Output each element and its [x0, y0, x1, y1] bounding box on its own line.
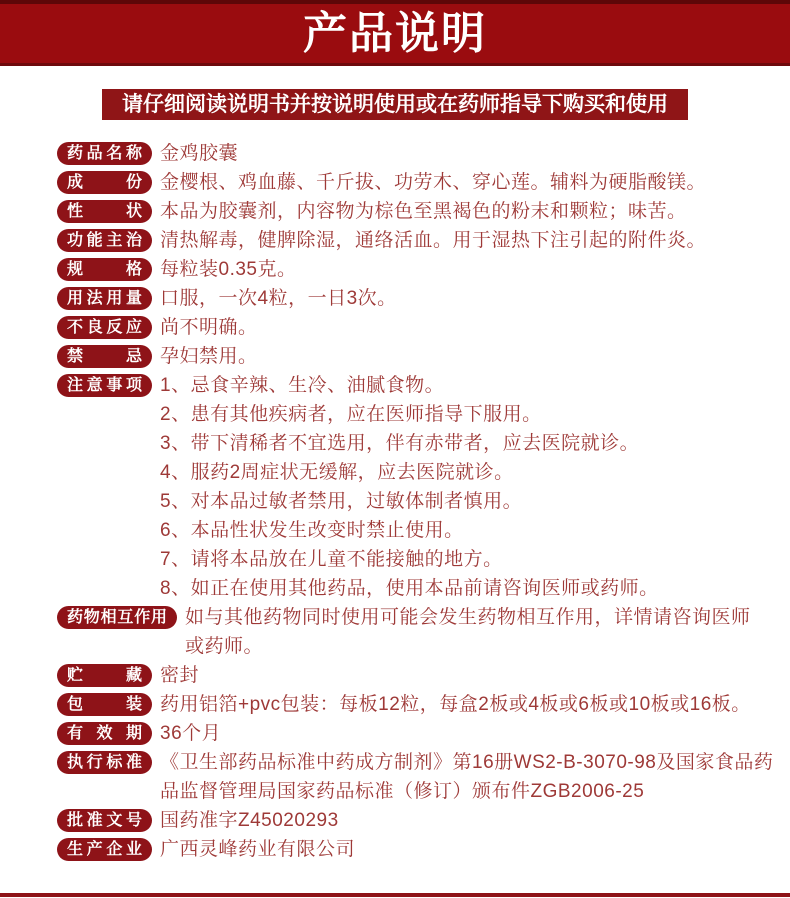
- field-value: 每粒装0.35克。: [160, 255, 296, 284]
- spec-row: 执行标准 《卫生部药品标准中药成方制剂》第16册WS2-B-3070-98及国家…: [57, 748, 780, 806]
- spec-row: 药物相互作用 如与其他药物同时使用可能会发生药物相互作用，详情请咨询医师 或药师…: [57, 603, 780, 661]
- field-value: 本品为胶囊剂，内容物为棕色至黑褐色的粉末和颗粒；味苦。: [160, 197, 687, 226]
- spec-row: 药品名称 金鸡胶囊: [57, 139, 780, 168]
- field-label-badge: 包 装: [57, 693, 152, 716]
- spec-row: 批准文号 国药准字Z45020293: [57, 806, 780, 835]
- field-label-badge: 不良反应: [57, 316, 152, 339]
- field-label-badge: 性 状: [57, 200, 152, 223]
- field-label-badge: 执行标准: [57, 751, 152, 774]
- spec-row: 有 效 期 36个月: [57, 719, 780, 748]
- spec-row: 用法用量 口服，一次4粒，一日3次。: [57, 284, 780, 313]
- spec-row: 包 装 药用铝箔+pvc包装：每板12粒，每盒2板或4板或6板或10板或16板。: [57, 690, 780, 719]
- product-description-page: 产品说明 请仔细阅读说明书并按说明使用或在药师指导下购买和使用 药品名称 金鸡胶…: [0, 0, 790, 898]
- spec-row: 规 格 每粒装0.35克。: [57, 255, 780, 284]
- field-label-badge: 批准文号: [57, 809, 152, 832]
- field-label-badge: 功能主治: [57, 229, 152, 252]
- field-label-badge: 生产企业: [57, 838, 152, 861]
- spec-list: 药品名称 金鸡胶囊 成 份 金樱根、鸡血藤、千斤拔、功劳木、穿心莲。辅料为硬脂酸…: [0, 120, 790, 864]
- field-value: 清热解毒，健脾除湿，通络活血。用于湿热下注引起的附件炎。: [160, 226, 706, 255]
- field-label-badge: 注意事项: [57, 374, 152, 397]
- field-value: 国药准字Z45020293: [160, 806, 339, 835]
- field-value: 金鸡胶囊: [160, 139, 238, 168]
- spec-row: 功能主治 清热解毒，健脾除湿，通络活血。用于湿热下注引起的附件炎。: [57, 226, 780, 255]
- field-label-badge: 用法用量: [57, 287, 152, 310]
- field-value: 药用铝箔+pvc包装：每板12粒，每盒2板或4板或6板或10板或16板。: [160, 690, 751, 719]
- field-value: 36个月: [160, 719, 221, 748]
- field-label-badge: 贮 藏: [57, 664, 152, 687]
- field-value: 1、忌食辛辣、生冷、油腻食物。 2、患有其他疾病者，应在医师指导下服用。 3、带…: [160, 371, 659, 603]
- spec-row: 成 份 金樱根、鸡血藤、千斤拔、功劳木、穿心莲。辅料为硬脂酸镁。: [57, 168, 780, 197]
- spec-row: 贮 藏 密封: [57, 661, 780, 690]
- field-value: 密封: [160, 661, 199, 690]
- field-value: 尚不明确。: [160, 313, 258, 342]
- field-value: 口服，一次4粒，一日3次。: [160, 284, 397, 313]
- field-label-badge: 药品名称: [57, 142, 152, 165]
- spec-row: 不良反应 尚不明确。: [57, 313, 780, 342]
- spec-row: 注意事项 1、忌食辛辣、生冷、油腻食物。 2、患有其他疾病者，应在医师指导下服用…: [57, 371, 780, 603]
- field-value: 广西灵峰药业有限公司: [160, 835, 355, 864]
- spec-row: 生产企业 广西灵峰药业有限公司: [57, 835, 780, 864]
- field-label-badge: 药物相互作用: [57, 606, 177, 629]
- page-title: 产品说明: [303, 12, 487, 56]
- read-instructions-notice: 请仔细阅读说明书并按说明使用或在药师指导下购买和使用: [102, 89, 688, 120]
- field-label-badge: 有 效 期: [57, 722, 152, 745]
- field-label-badge: 规 格: [57, 258, 152, 281]
- field-value: 金樱根、鸡血藤、千斤拔、功劳木、穿心莲。辅料为硬脂酸镁。: [160, 168, 706, 197]
- field-value: 《卫生部药品标准中药成方制剂》第16册WS2-B-3070-98及国家食品药 品…: [160, 748, 773, 806]
- page-header-banner: 产品说明: [0, 0, 790, 66]
- field-value: 孕妇禁用。: [160, 342, 258, 371]
- field-label-badge: 禁 忌: [57, 345, 152, 368]
- bottom-divider: [0, 893, 790, 897]
- spec-row: 禁 忌 孕妇禁用。: [57, 342, 780, 371]
- spec-row: 性 状 本品为胶囊剂，内容物为棕色至黑褐色的粉末和颗粒；味苦。: [57, 197, 780, 226]
- field-label-badge: 成 份: [57, 171, 152, 194]
- field-value: 如与其他药物同时使用可能会发生药物相互作用，详情请咨询医师 或药师。: [185, 603, 751, 661]
